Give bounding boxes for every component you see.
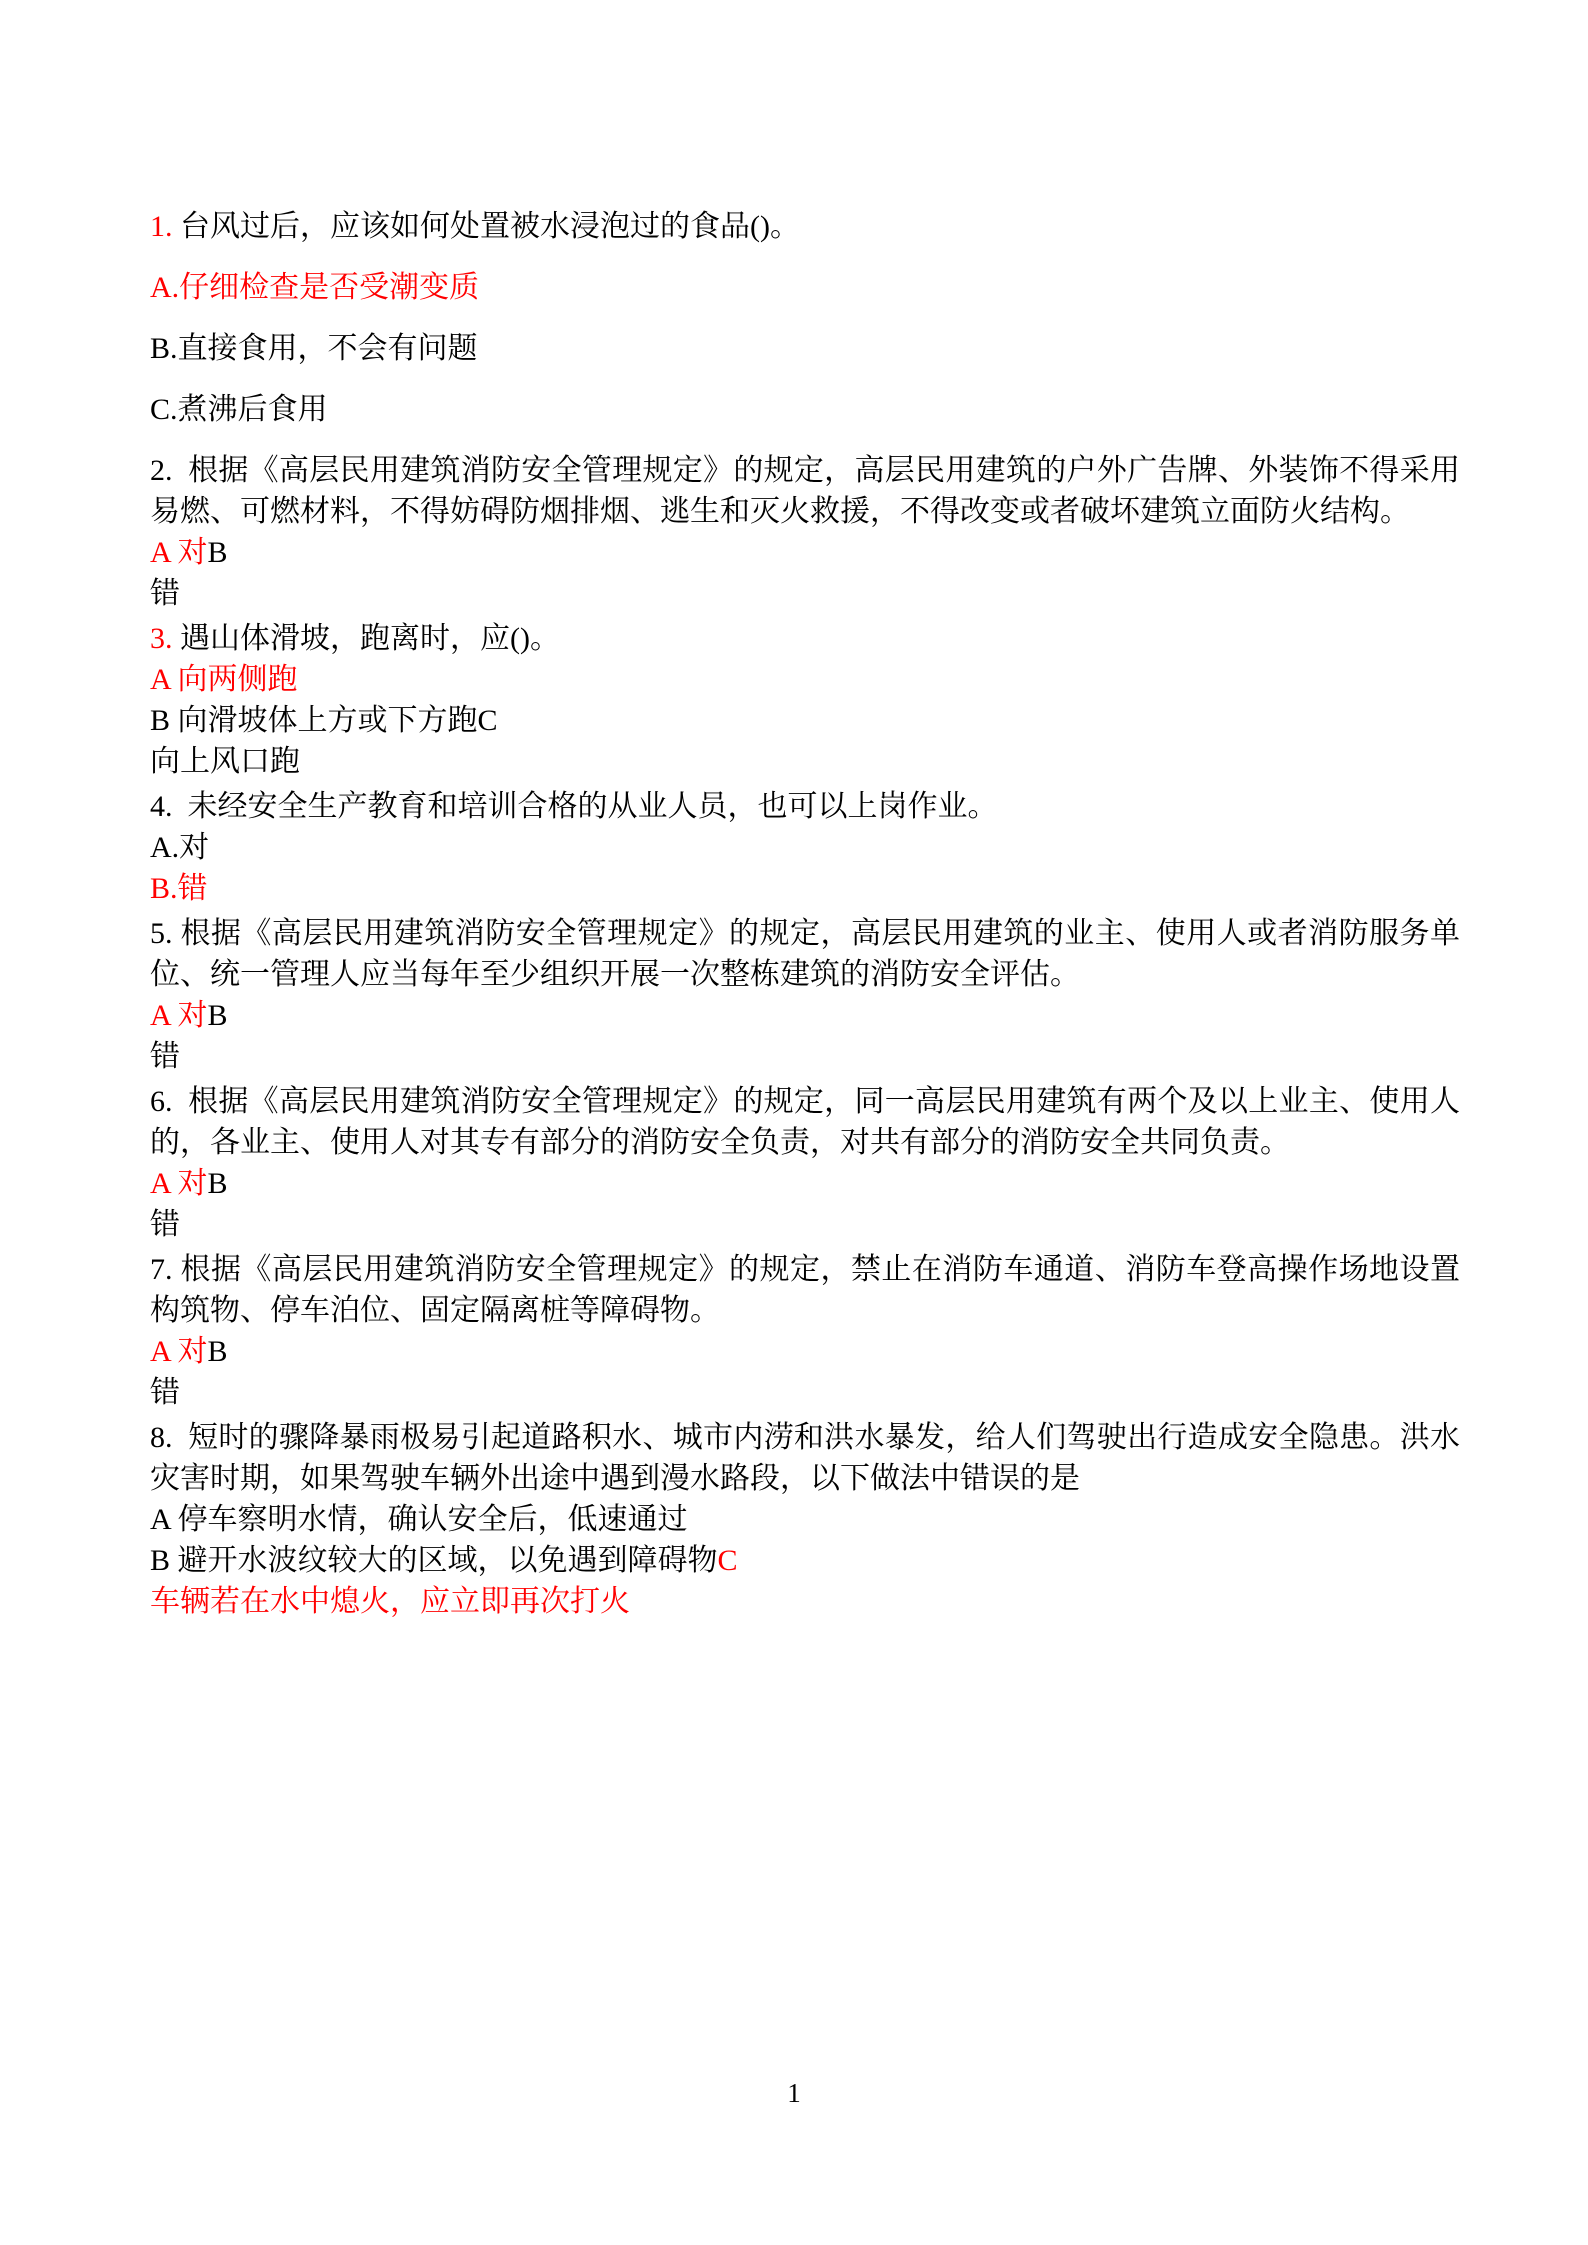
question-2-answer-a: A 对 — [150, 536, 208, 569]
question-1-number: 1. — [150, 210, 173, 243]
question-5-stem: 5. 根据《高层民用建筑消防安全管理规定》的规定，高层民用建筑的业主、使用人或者… — [150, 913, 1460, 995]
question-6-answer-a: A 对 — [150, 1167, 208, 1200]
question-1-stem: 1. 台风过后，应该如何处置被水浸泡过的食品()。 — [150, 206, 1460, 247]
question-5-answer-b-label: B — [208, 999, 228, 1032]
question-3-number: 3. — [150, 622, 173, 655]
question-3-stem: 3. 遇山体滑坡，跑离时，应()。 — [150, 618, 1460, 659]
question-4-option-b: B.错 — [150, 868, 1460, 909]
document-page: { "page": { "number": "1", "background_c… — [0, 0, 1588, 2245]
question-6-answer-line: A 对B — [150, 1163, 1460, 1204]
question-2-answer-line2: 错 — [150, 573, 1460, 614]
question-7-answer-b-label: B — [208, 1335, 228, 1368]
question-5-answer-line2: 错 — [150, 1036, 1460, 1077]
question-1-option-b: B.直接食用，不会有问题 — [150, 328, 1460, 369]
question-5-answer-a: A 对 — [150, 999, 208, 1032]
question-6-answer-b-label: B — [208, 1167, 228, 1200]
page-number: 1 — [0, 2078, 1588, 2108]
question-4-stem: 4. 未经安全生产教育和培训合格的从业人员，也可以上岗作业。 — [150, 786, 1460, 827]
question-2-answer-line: A 对B — [150, 532, 1460, 573]
question-3-option-a: A 向两侧跑 — [150, 659, 1460, 700]
question-1-option-a: A.仔细检查是否受潮变质 — [150, 267, 1460, 308]
question-3-option-b: B 向滑坡体上方或下方跑C — [150, 700, 1460, 741]
question-1-text: 台风过后，应该如何处置被水浸泡过的食品()。 — [173, 210, 800, 243]
question-3-option-c-continuation: 向上风口跑 — [150, 741, 1460, 782]
question-7-answer-line2: 错 — [150, 1372, 1460, 1413]
question-8-option-b: B 避开水波纹较大的区域，以免遇到障碍物C — [150, 1540, 1460, 1581]
question-7-stem: 7. 根据《高层民用建筑消防安全管理规定》的规定，禁止在消防车通道、消防车登高操… — [150, 1249, 1460, 1331]
question-3-text: 遇山体滑坡，跑离时，应()。 — [173, 622, 560, 655]
question-8-stem: 8. 短时的骤降暴雨极易引起道路积水、城市内涝和洪水暴发，给人们驾驶出行造成安全… — [150, 1417, 1460, 1499]
question-7-answer-a: A 对 — [150, 1335, 208, 1368]
question-8-option-b-text: B 避开水波纹较大的区域，以免遇到障碍物 — [150, 1544, 718, 1577]
question-1-option-c: C.煮沸后食用 — [150, 389, 1460, 430]
question-8-option-c-continuation: 车辆若在水中熄火，应立即再次打火 — [150, 1581, 1460, 1622]
question-5-answer-line: A 对B — [150, 995, 1460, 1036]
question-6-answer-line2: 错 — [150, 1204, 1460, 1245]
quiz-content: 1. 台风过后，应该如何处置被水浸泡过的食品()。 A.仔细检查是否受潮变质 B… — [0, 206, 1588, 1622]
question-2-answer-b-label: B — [208, 536, 228, 569]
question-8-option-c-label: C — [718, 1544, 738, 1577]
question-2-stem: 2. 根据《高层民用建筑消防安全管理规定》的规定，高层民用建筑的户外广告牌、外装… — [150, 450, 1460, 532]
question-8-option-a: A 停车察明水情，确认安全后，低速通过 — [150, 1499, 1460, 1540]
question-4-option-a: A.对 — [150, 827, 1460, 868]
question-6-stem: 6. 根据《高层民用建筑消防安全管理规定》的规定，同一高层民用建筑有两个及以上业… — [150, 1081, 1460, 1163]
question-7-answer-line: A 对B — [150, 1331, 1460, 1372]
